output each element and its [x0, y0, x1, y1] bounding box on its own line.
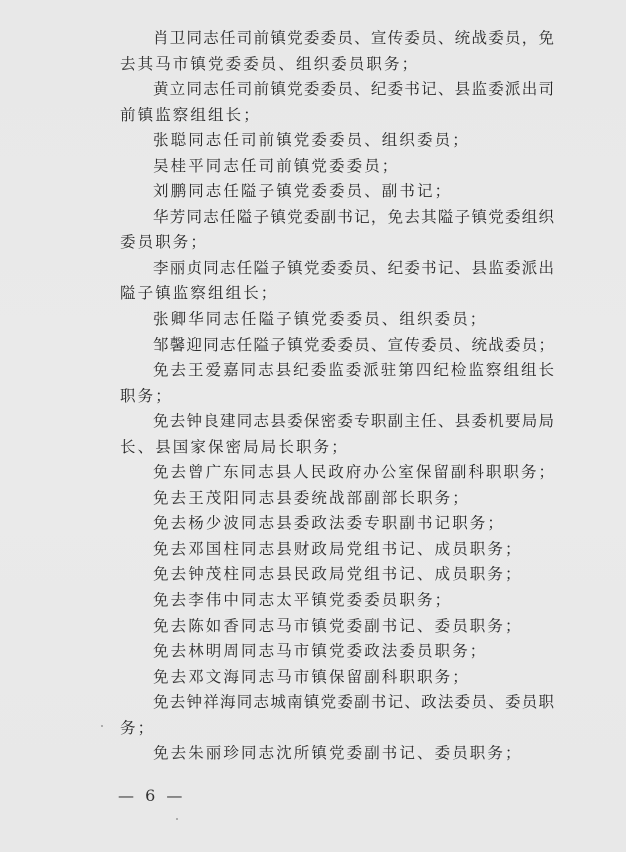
text-line: 前镇监察组组长； — [120, 103, 554, 129]
text-line: 免去王爱嘉同志县纪委监委派驻第四纪检监察组组长 — [120, 358, 554, 384]
scan-speck — [176, 818, 178, 820]
text-line: 务； — [120, 716, 554, 742]
text-line: 免去钟祥海同志城南镇党委副书记、政法委员、委员职 — [120, 690, 554, 716]
text-line: 黄立同志任司前镇党委委员、纪委书记、县监委派出司 — [120, 77, 554, 103]
text-line: 免去朱丽珍同志沈所镇党委副书记、委员职务； — [120, 741, 554, 767]
text-line: 免去林明周同志马市镇党委政法委员职务； — [120, 639, 554, 665]
scan-speck — [101, 725, 103, 727]
text-line: 吴桂平同志任司前镇党委委员； — [120, 154, 554, 180]
document-body: 肖卫同志任司前镇党委委员、宣传委员、统战委员，免 去其马市镇党委委员、组织委员职… — [120, 26, 554, 767]
text-line: 隘子镇监察组组长； — [120, 281, 554, 307]
text-line: 免去陈如香同志马市镇党委副书记、委员职务； — [120, 614, 554, 640]
document-page: 肖卫同志任司前镇党委委员、宣传委员、统战委员，免 去其马市镇党委委员、组织委员职… — [0, 0, 626, 852]
text-line: 委员职务； — [120, 230, 554, 256]
text-line: 免去邓国柱同志县财政局党组书记、成员职务； — [120, 537, 554, 563]
text-line: 华芳同志任隘子镇党委副书记，免去其隘子镇党委组织 — [120, 205, 554, 231]
page-number: — 6 — — [118, 786, 185, 805]
text-line: 免去钟良建同志县委保密委专职副主任、县委机要局局 — [120, 409, 554, 435]
text-line: 李丽贞同志任隘子镇党委委员、纪委书记、县监委派出 — [120, 256, 554, 282]
text-line: 免去邓文海同志马市镇保留副科职职务； — [120, 665, 554, 691]
text-line: 刘鹏同志任隘子镇党委委员、副书记； — [120, 179, 554, 205]
text-line: 免去杨少波同志县委政法委专职副书记职务； — [120, 511, 554, 537]
text-line: 免去钟茂柱同志县民政局党组书记、成员职务； — [120, 562, 554, 588]
text-line: 张卿华同志任隘子镇党委委员、组织委员； — [120, 307, 554, 333]
text-line: 免去李伟中同志太平镇党委委员职务； — [120, 588, 554, 614]
text-line: 肖卫同志任司前镇党委委员、宣传委员、统战委员，免 — [120, 26, 554, 52]
text-line: 长、县国家保密局局长职务； — [120, 435, 554, 461]
text-line: 免去曾广东同志县人民政府办公室保留副科职职务； — [120, 460, 554, 486]
text-line: 邹馨迎同志任隘子镇党委委员、宣传委员、统战委员； — [120, 333, 554, 359]
text-line: 免去王茂阳同志县委统战部副部长职务； — [120, 486, 554, 512]
text-line: 去其马市镇党委委员、组织委员职务； — [120, 52, 554, 78]
text-line: 职务； — [120, 384, 554, 410]
text-line: 张聪同志任司前镇党委委员、组织委员； — [120, 128, 554, 154]
